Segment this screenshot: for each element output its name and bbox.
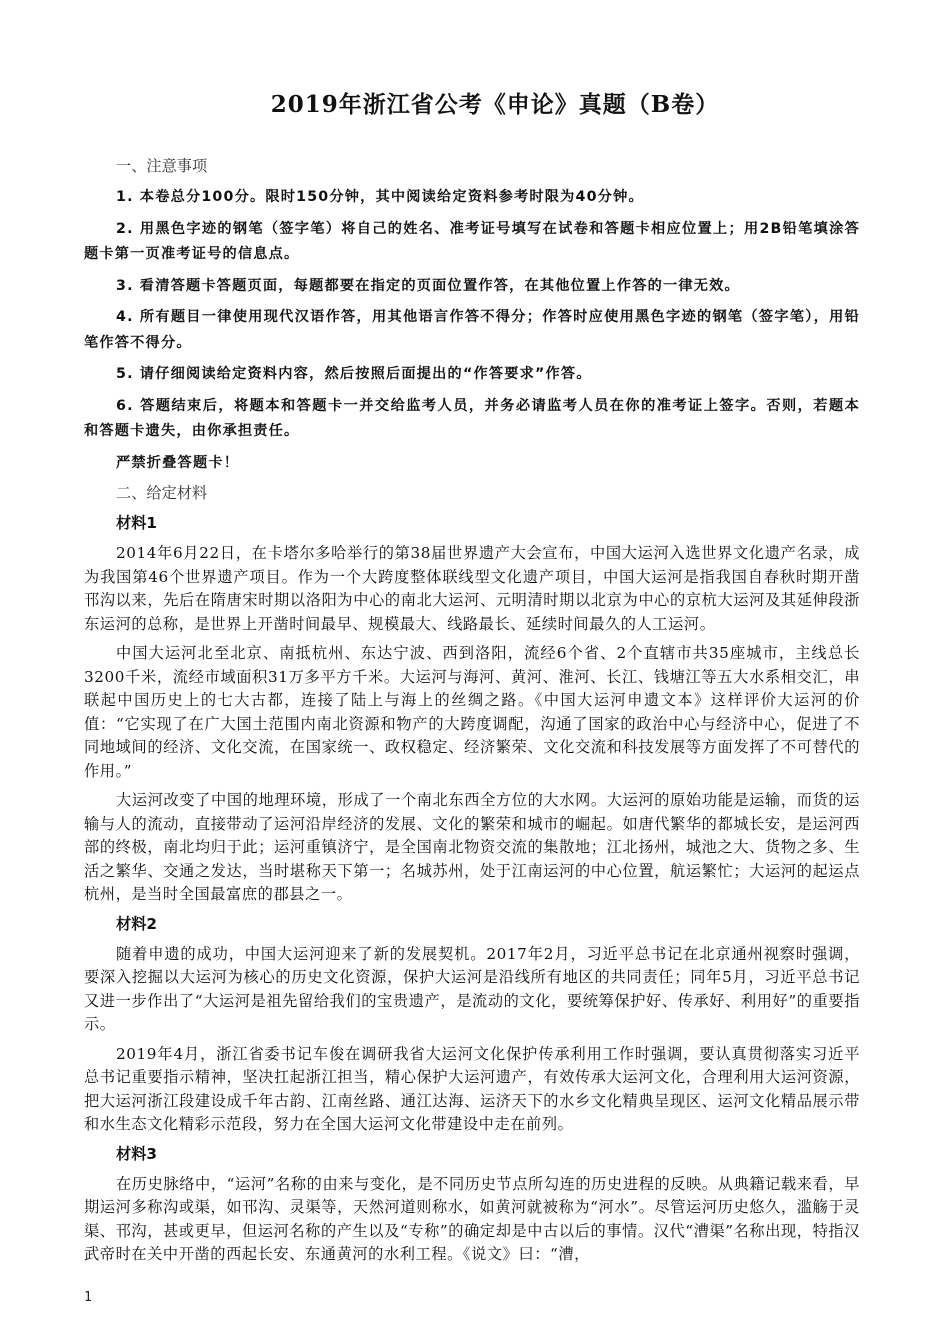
- document-title: 2019年浙江省公考《申论》真题（B卷）: [0, 86, 950, 119]
- notice-item: 4. 所有题目一律使用现代汉语作答，用其他语言作答不得分；作答时应使用黑色字迹的…: [84, 305, 860, 356]
- notice-warning: 严禁折叠答题卡！: [84, 451, 860, 477]
- notice-item: 3. 看清答题卡答题页面，每题都要在指定的页面位置作答，在其他位置上作答的一律无…: [84, 274, 860, 300]
- material-paragraph: 大运河改变了中国的地理环境，形成了一个南北东西全方位的大水网。大运河的原始功能是…: [84, 789, 860, 907]
- material-heading: 材料3: [84, 1143, 860, 1166]
- document-page: 2019年浙江省公考《申论》真题（B卷） 一、注意事项 1. 本卷总分100分。…: [0, 0, 950, 1344]
- notice-item: 5. 请仔细阅读给定资料内容，然后按照后面提出的“作答要求”作答。: [84, 362, 860, 388]
- material-heading: 材料1: [84, 512, 860, 535]
- material-paragraph: 随着申遗的成功，中国大运河迎来了新的发展契机。2017年2月，习近平总书记在北京…: [84, 943, 860, 1037]
- material-paragraph: 在历史脉络中，“运河”名称的由来与变化，是不同历史节点所勾连的历史进程的反映。从…: [84, 1173, 860, 1267]
- page-number: 1: [84, 1290, 92, 1305]
- notice-item: 2. 用黑色字迹的钢笔（签字笔）将自己的姓名、准考证号填写在试卷和答题卡相应位置…: [84, 217, 860, 268]
- notice-item: 1. 本卷总分100分。限时150分钟，其中阅读给定资料参考时限为40分钟。: [84, 185, 860, 211]
- section-heading-materials: 二、给定材料: [84, 482, 860, 505]
- document-body: 一、注意事项 1. 本卷总分100分。限时150分钟，其中阅读给定资料参考时限为…: [84, 155, 860, 1273]
- material-paragraph: 2019年4月，浙江省委书记车俊在调研我省大运河文化保护传承利用工作时强调，要认…: [84, 1043, 860, 1137]
- notice-item: 6. 答题结束后，将题本和答题卡一并交给监考人员，并务必请监考人员在你的准考证上…: [84, 394, 860, 445]
- material-paragraph: 中国大运河北至北京、南抵杭州、东达宁波、西到洛阳，流经6个省、2个直辖市共35座…: [84, 642, 860, 783]
- material-heading: 材料2: [84, 913, 860, 936]
- section-heading-notes: 一、注意事项: [84, 155, 860, 178]
- material-paragraph: 2014年6月22日，在卡塔尔多哈举行的第38届世界遗产大会宣布，中国大运河入选…: [84, 542, 860, 636]
